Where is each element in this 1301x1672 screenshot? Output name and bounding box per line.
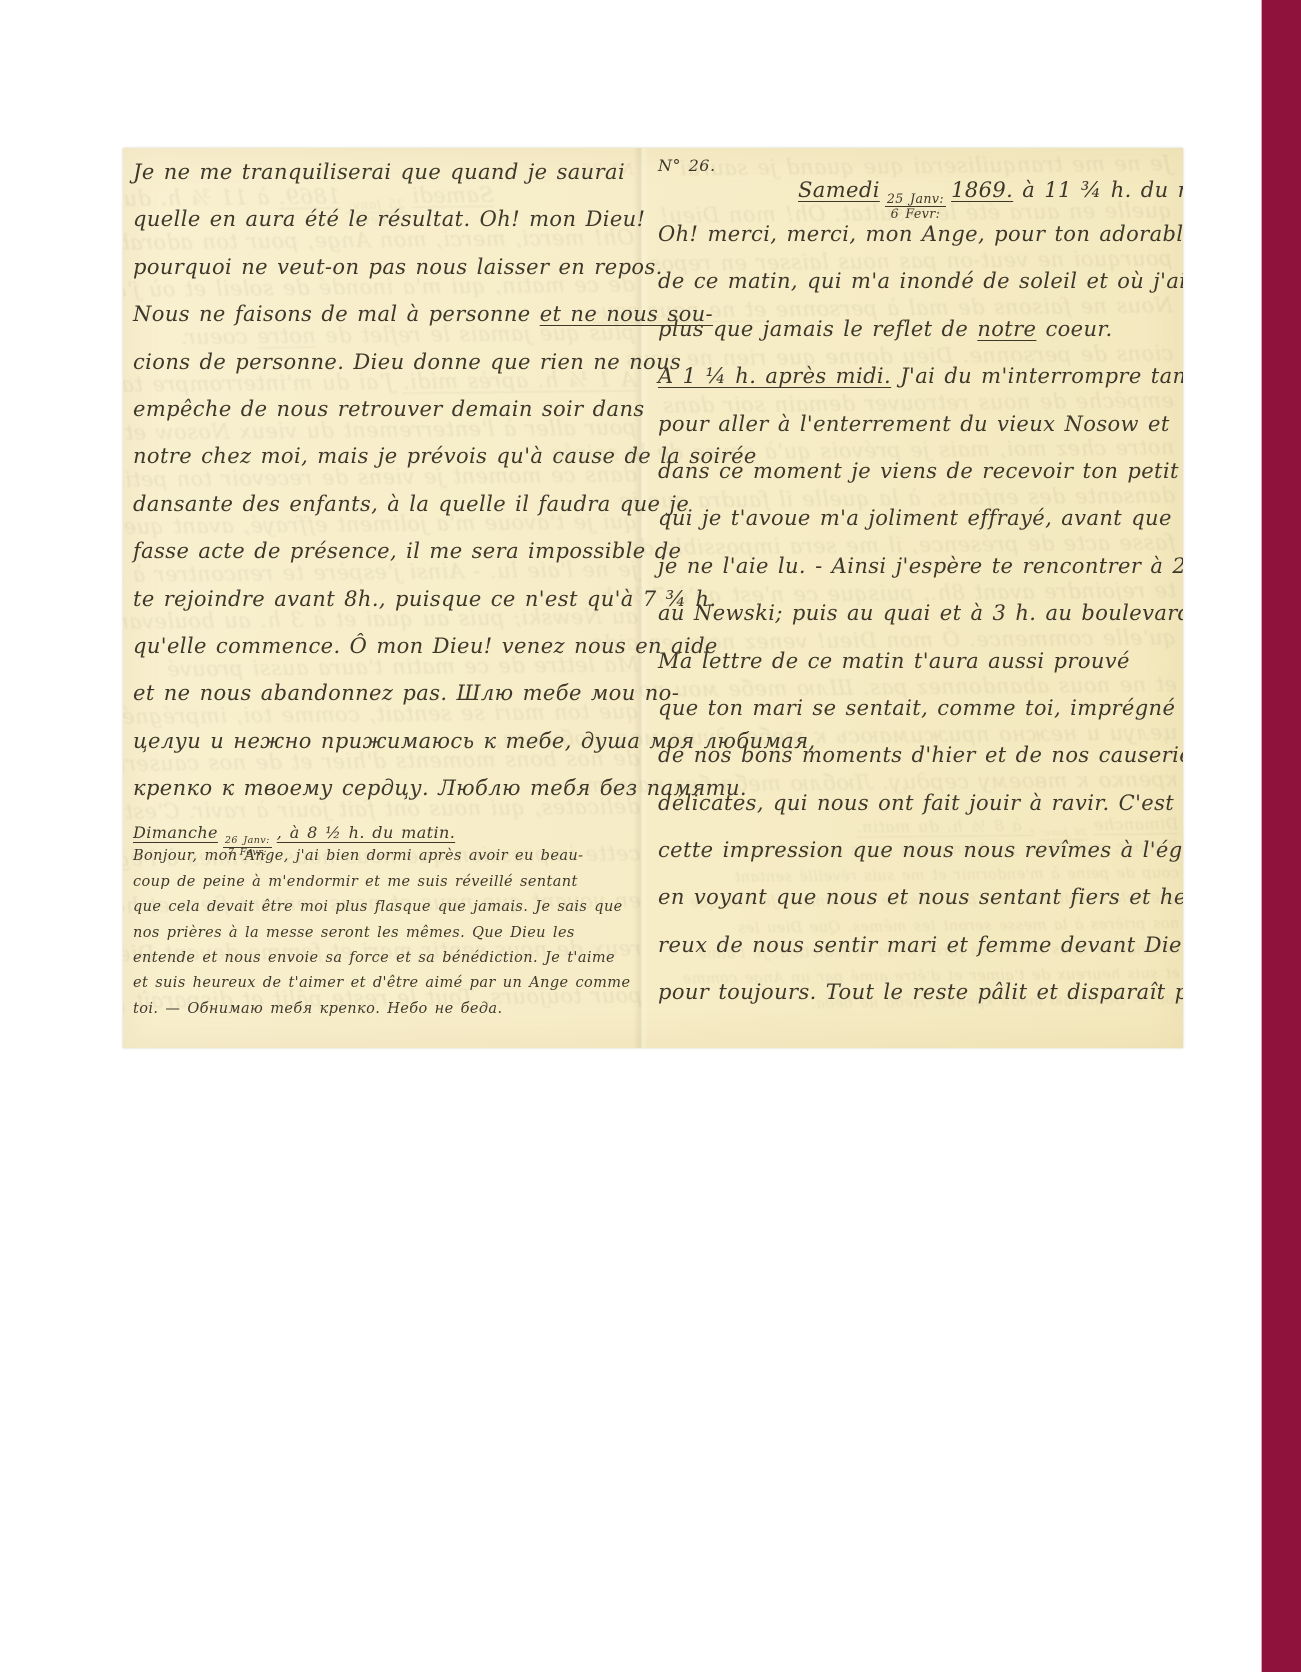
handwriting-line: крепко к твоему сердцу. Люблю тебя без п… [133, 774, 638, 821]
handwriting-line: pourquoi ne veut-on pas nous laisser en … [133, 253, 638, 300]
handwriting-line: coup de peine à m'endormir et me suis ré… [133, 873, 638, 898]
handwriting-line: pour toujours. Tout le reste pâlit et di… [658, 978, 1176, 1025]
handwriting-line: en voyant que nous et nous sentant fiers… [658, 883, 1176, 930]
handwriting-line: de ce matin, qui m'a inondé de soleil et… [658, 267, 1176, 314]
left-page: N° 26. Samedi25 Janv:6 Fevr:1869. à 11 ¾… [133, 158, 638, 1048]
handwriting-line: cette impression que nous nous revîmes à… [658, 836, 1176, 883]
page-number: N° 26. [658, 152, 1176, 176]
handwriting-line: Bonjour, mon Ange, j'ai bien dormi après… [133, 847, 638, 872]
handwriting-line: et ne nous abandonnez pas. Шлю тебе мои … [133, 679, 638, 726]
handwriting-line: Oh! merci, merci, mon Ange, pour ton ado… [658, 220, 1176, 267]
handwriting-line: au Newski; puis au quai et à 3 h. au bou… [658, 599, 1176, 646]
handwriting-line: dans ce moment je viens de recevoir ton … [658, 457, 1176, 504]
letter-scan: N° 26. Samedi25 Janv:6 Fevr:1869. à 11 ¾… [123, 148, 1183, 1048]
left-page-text: Je ne me tranquiliserai que quand je sau… [133, 158, 638, 1025]
handwriting-line: de nos bons moments d'hier et de nos cau… [658, 741, 1176, 788]
handwriting-line: dansante des enfants, à la quelle il fau… [133, 490, 638, 537]
handwriting-line: entende et nous envoie sa force et sa bé… [133, 949, 638, 974]
handwriting-line: empêche de nous retrouver demain soir da… [133, 395, 638, 442]
date-heading-saturday: Samedi25 Janv:6 Fevr:1869. à 11 ¾ h. du … [658, 176, 1176, 220]
handwriting-line: Nous ne faisons de mal à personne et ne … [133, 300, 638, 347]
handwriting-line: A 1 ¼ h. après midi. J'ai du m'interromp… [658, 362, 1176, 409]
handwriting-line: cions de personne. Dieu donne que rien n… [133, 348, 638, 395]
handwriting-line: qui je t'avoue m'a joliment effrayé, ava… [658, 504, 1176, 551]
handwriting-line: fasse acte de présence, il me sera impos… [133, 537, 638, 584]
handwriting-line: Ma lettre de ce matin t'aura aussi prouv… [658, 647, 1176, 694]
right-page: Je ne me tranquiliserai que quand je sau… [658, 152, 1176, 1048]
handwriting-line: toi. — Обнимаю тебя крепко. Небо не беда… [133, 1000, 638, 1025]
date-fraction: 25 Janv:6 Fevr: [885, 192, 946, 221]
handwriting-line: je ne l'aie lu. - Ainsi j'espère te renc… [658, 552, 1176, 599]
handwriting-line: quelle en aura été le résultat. Oh! mon … [133, 205, 638, 252]
handwriting-line: reux de nous sentir mari et femme devant… [658, 931, 1176, 978]
handwriting-line: целуи и нежно прижимаюсь к тебе, душа мо… [133, 727, 638, 774]
accent-stripe [1262, 0, 1301, 1672]
handwriting-line: pour aller à l'enterrement du vieux Noso… [658, 410, 1176, 457]
handwriting-line: plus que jamais le reflet de notre coeur… [658, 315, 1176, 362]
handwriting-line: qu'elle commence. Ô mon Dieu! venez nous… [133, 632, 638, 679]
date-heading-sunday: Dimanche26 Janv:7 Fevr:, à 8 ½ h. du mat… [133, 823, 638, 847]
right-page-text: N° 26. Samedi25 Janv:6 Fevr:1869. à 11 ¾… [658, 152, 1176, 1026]
handwriting-line: Je ne me tranquiliserai que quand je sau… [133, 158, 638, 205]
handwriting-line: notre chez moi, mais je prévois qu'à cau… [133, 442, 638, 489]
handwriting-line: nos prières à la messe seront les mêmes.… [133, 924, 638, 949]
handwriting-line: te rejoindre avant 8h., puisque ce n'est… [133, 585, 638, 632]
handwriting-line: que ton mari se sentait, comme toi, impr… [658, 694, 1176, 741]
handwriting-line: que cela devait être moi plus flasque qu… [133, 898, 638, 923]
handwriting-line: et suis heureux de t'aimer et d'être aim… [133, 974, 638, 999]
left-page-postscript: Bonjour, mon Ange, j'ai bien dormi après… [133, 847, 638, 1025]
handwriting-line: délicates, qui nous ont fait jouir à rav… [658, 789, 1176, 836]
